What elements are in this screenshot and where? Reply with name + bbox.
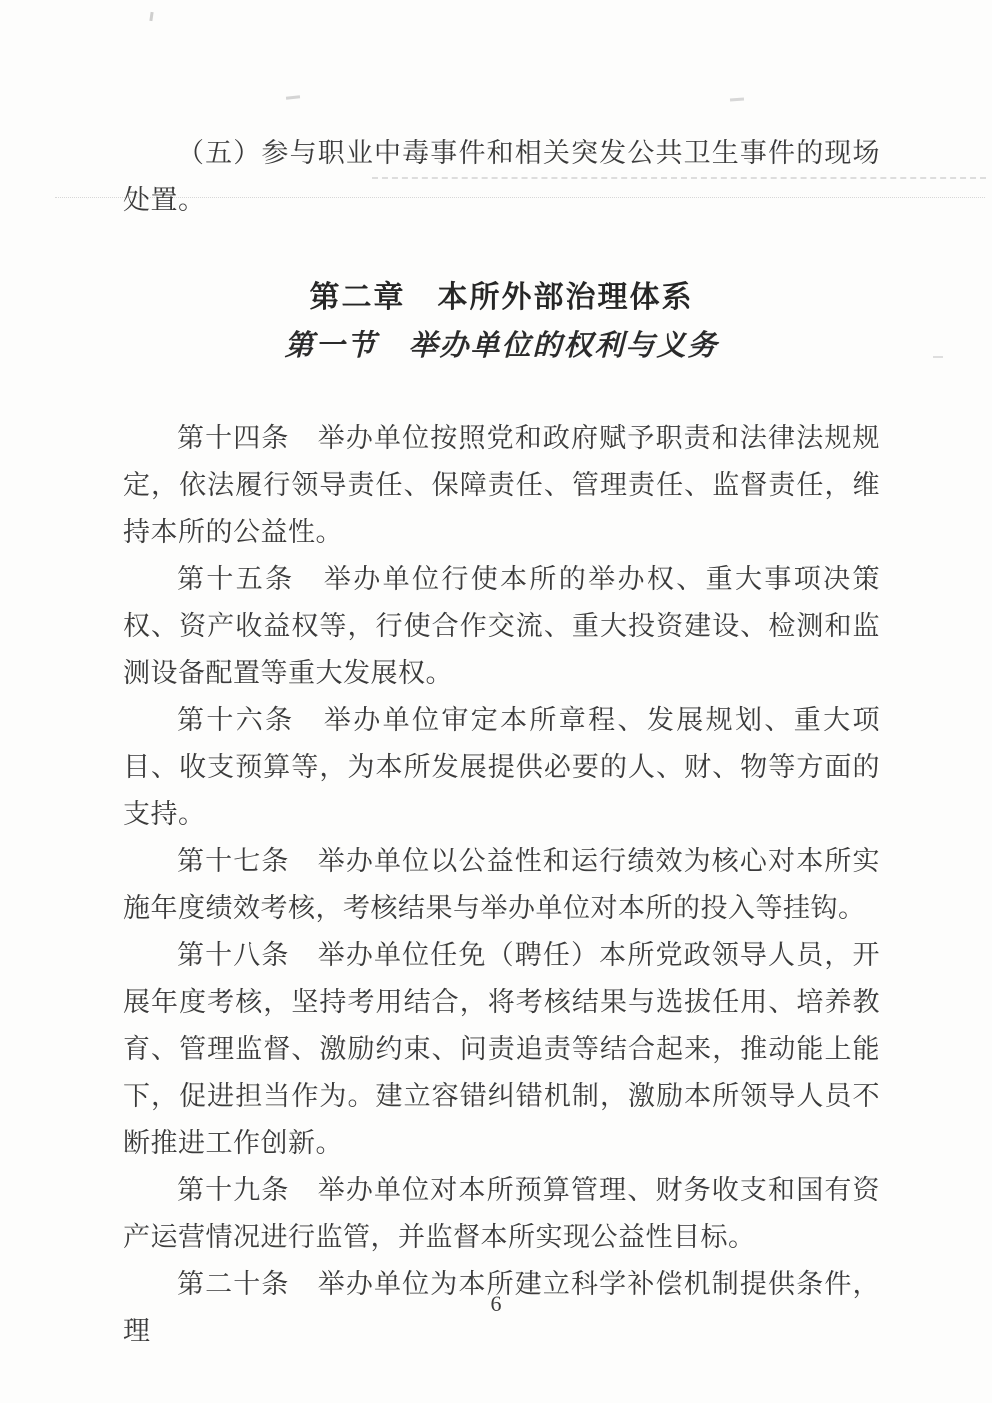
section-heading: 第一节 举办单位的权利与义务 [123,326,880,366]
scan-artifact [933,356,943,358]
articles-list: 第十四条 举办单位按照党和政府赋予职责和法律法规规定，依法履行领导责任、保障责任… [123,415,880,1355]
article-paragraph-15: 第十五条 举办单位行使本所的举办权、重大事项决策权、资产收益权等，行使合作交流、… [123,556,880,697]
document-page: （五）参与职业中毒事件和相关突发公共卫生事件的现场处置。 第二章 本所外部治理体… [0,0,992,1403]
page-number: 6 [0,1290,992,1318]
article-paragraph-19: 第十九条 举办单位对本所预算管理、财务收支和国有资产运营情况进行监管，并监督本所… [123,1167,880,1261]
page-content: （五）参与职业中毒事件和相关突发公共卫生事件的现场处置。 第二章 本所外部治理体… [123,130,880,1355]
scan-artifact [286,95,300,99]
scan-artifact [730,98,744,102]
intro-paragraph: （五）参与职业中毒事件和相关突发公共卫生事件的现场处置。 [123,130,880,224]
article-paragraph-14: 第十四条 举办单位按照党和政府赋予职责和法律法规规定，依法履行领导责任、保障责任… [123,415,880,556]
article-paragraph-18: 第十八条 举办单位任免（聘任）本所党政领导人员，开展年度考核，坚持考用结合，将考… [123,932,880,1167]
article-paragraph-17: 第十七条 举办单位以公益性和运行绩效为核心对本所实施年度绩效考核，考核结果与举办… [123,838,880,932]
scan-artifact [149,12,153,21]
article-paragraph-16: 第十六条 举办单位审定本所章程、发展规划、重大项目、收支预算等，为本所发展提供必… [123,697,880,838]
chapter-heading: 第二章 本所外部治理体系 [123,278,880,318]
